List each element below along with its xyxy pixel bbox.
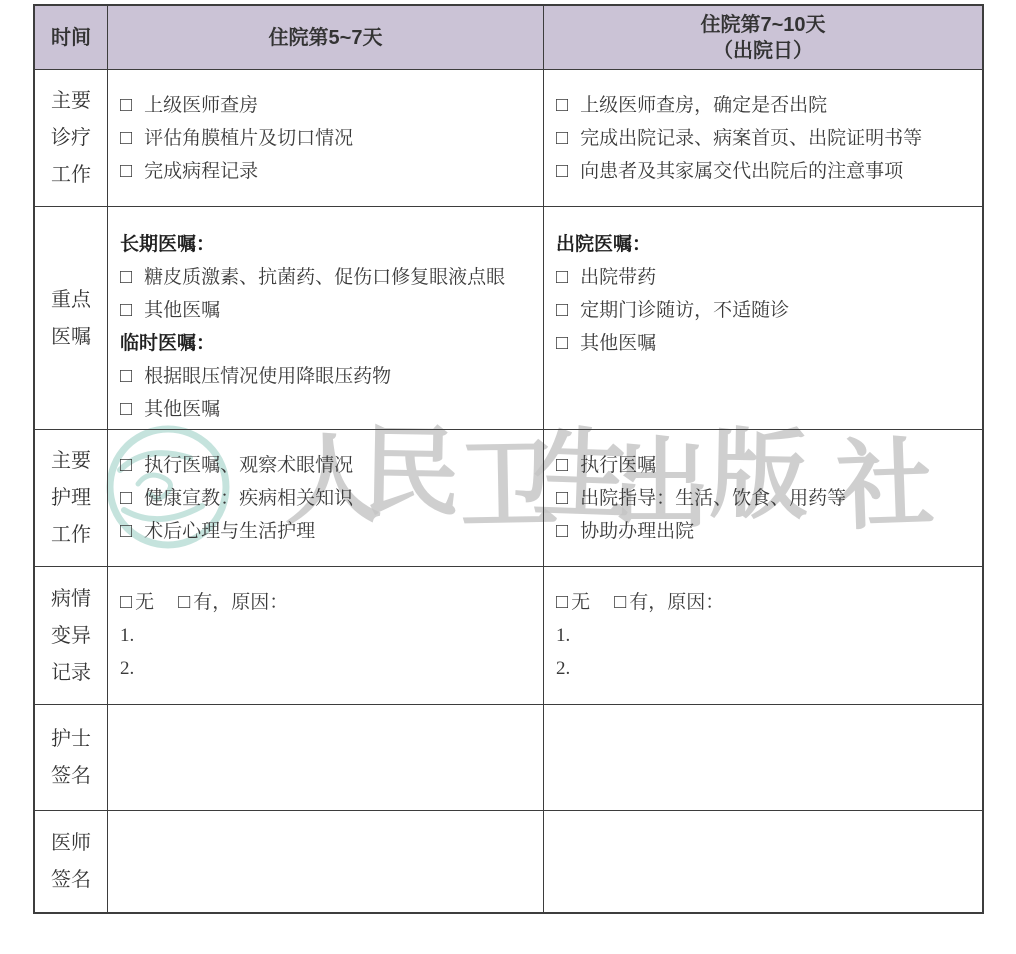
label-line: 记录 <box>51 662 91 684</box>
checklist-item: □ 向患者及其家属交代出院后的注意事项 <box>556 155 974 188</box>
variation-no-label: 无 <box>135 586 154 619</box>
checkbox-icon: □ <box>556 89 568 122</box>
checklist-text: 向患者及其家属交代出院后的注意事项 <box>580 155 903 188</box>
label-line: 护士 <box>51 728 91 750</box>
checklist-item: □ 出院带药 <box>556 261 974 294</box>
checkbox-icon: □ <box>556 327 568 360</box>
long-term-orders-heading: 长期医嘱： <box>120 228 535 261</box>
checklist-item: □ 出院指导：生活、饮食、用药等 <box>556 482 974 515</box>
checkbox-icon: □ <box>556 482 568 515</box>
checklist-item: □ 执行医嘱、观察术眼情况 <box>120 449 535 482</box>
label-line: 主要 <box>51 90 91 112</box>
checklist-item: □ 其他医嘱 <box>120 294 535 327</box>
checkbox-icon: □ <box>614 586 626 619</box>
checkbox-icon: □ <box>120 449 132 482</box>
cell-doctor-signature-day5-7 <box>108 811 544 912</box>
checkbox-icon: □ <box>120 393 132 426</box>
clinical-pathway-table: 时间 住院第5~7天 住院第7~10天 （出院日） 主要 诊疗 工作 □ 上级医… <box>33 4 984 914</box>
checklist-text: 出院指导：生活、饮食、用药等 <box>580 482 846 515</box>
checklist-item: □ 评估角膜植片及切口情况 <box>120 122 535 155</box>
row-label-nursing: 主要 护理 工作 <box>35 430 108 567</box>
variation-yes-label: 有，原因： <box>629 586 724 619</box>
discharge-orders-heading: 出院医嘱： <box>556 228 974 261</box>
temporary-orders-heading: 临时医嘱： <box>120 327 535 360</box>
cell-doctor-signature-day7-10 <box>544 811 982 912</box>
header-day7-10-label: 住院第7~10天 <box>700 12 825 38</box>
checklist-text: 完成出院记录、病案首页、出院证明书等 <box>580 122 922 155</box>
cell-nurse-signature-day7-10 <box>544 705 982 811</box>
variation-yes-label: 有，原因： <box>193 586 288 619</box>
checklist-item: □ 定期门诊随访，不适随诊 <box>556 294 974 327</box>
checklist-item: □ 完成病程记录 <box>120 155 535 188</box>
label-line: 护理 <box>51 487 91 509</box>
checkbox-icon: □ <box>120 122 132 155</box>
checklist-text: 术后心理与生活护理 <box>144 515 315 548</box>
variation-no-label: 无 <box>571 586 590 619</box>
label-line: 诊疗 <box>51 127 91 149</box>
checkbox-icon: □ <box>120 155 132 188</box>
checklist-item: □ 上级医师查房 <box>120 89 535 122</box>
checkbox-icon: □ <box>556 515 568 548</box>
checklist-text: 其他医嘱 <box>144 294 220 327</box>
variation-reason-line-1: 1. <box>120 619 535 652</box>
cell-orders-day7-10: 出院医嘱： □ 出院带药 □ 定期门诊随访，不适随诊 □ 其他医嘱 <box>544 207 982 430</box>
label-line: 主要 <box>51 450 91 472</box>
cell-nurse-signature-day5-7 <box>108 705 544 811</box>
cell-diagnosis-day7-10: □ 上级医师查房，确定是否出院 □ 完成出院记录、病案首页、出院证明书等 □ 向… <box>544 70 982 207</box>
checklist-text: 执行医嘱、观察术眼情况 <box>144 449 353 482</box>
checklist-text: 协助办理出院 <box>580 515 694 548</box>
cell-nursing-day7-10: □ 执行医嘱 □ 出院指导：生活、饮食、用药等 □ 协助办理出院 <box>544 430 982 567</box>
cell-variation-day5-7: □ 无 □ 有，原因： 1. 2. <box>108 567 544 705</box>
cell-orders-day5-7: 长期医嘱： □ 糖皮质激素、抗菌药、促伤口修复眼液点眼 □ 其他医嘱 临时医嘱：… <box>108 207 544 430</box>
checklist-text: 其他医嘱 <box>580 327 656 360</box>
row-label-variation: 病情 变异 记录 <box>35 567 108 705</box>
checklist-text: 其他医嘱 <box>144 393 220 426</box>
header-time-label: 时间 <box>51 25 91 51</box>
checkbox-icon: □ <box>178 586 190 619</box>
checkbox-icon: □ <box>556 294 568 327</box>
checklist-text: 根据眼压情况使用降眼压药物 <box>144 360 391 393</box>
label-line: 工作 <box>51 524 91 546</box>
cell-nursing-day5-7: □ 执行医嘱、观察术眼情况 □ 健康宣教：疾病相关知识 □ 术后心理与生活护理 <box>108 430 544 567</box>
checkbox-icon: □ <box>556 155 568 188</box>
checklist-text: 上级医师查房，确定是否出院 <box>580 89 827 122</box>
header-discharge-day-label: （出院日） <box>713 38 813 64</box>
label-line: 医师 <box>51 832 91 854</box>
checklist-text: 定期门诊随访，不适随诊 <box>580 294 789 327</box>
checkbox-icon: □ <box>120 89 132 122</box>
checklist-item: □ 执行医嘱 <box>556 449 974 482</box>
label-line: 重点 <box>51 289 91 311</box>
checklist-item: □ 上级医师查房，确定是否出院 <box>556 89 974 122</box>
checklist-text: 糖皮质激素、抗菌药、促伤口修复眼液点眼 <box>144 261 505 294</box>
checkbox-icon: □ <box>120 515 132 548</box>
label-line: 医嘱 <box>51 326 91 348</box>
checklist-text: 完成病程记录 <box>144 155 258 188</box>
label-line: 工作 <box>51 164 91 186</box>
checklist-text: 健康宣教：疾病相关知识 <box>144 482 353 515</box>
checkbox-icon: □ <box>556 449 568 482</box>
variation-options-line: □ 无 □ 有，原因： <box>556 586 974 619</box>
checkbox-icon: □ <box>120 482 132 515</box>
checklist-item: □ 协助办理出院 <box>556 515 974 548</box>
label-line: 变异 <box>51 625 91 647</box>
checkbox-icon: □ <box>556 586 568 619</box>
checkbox-icon: □ <box>120 586 132 619</box>
checklist-text: 出院带药 <box>580 261 656 294</box>
header-day5-7-cell: 住院第5~7天 <box>108 6 544 70</box>
checklist-item: □ 完成出院记录、病案首页、出院证明书等 <box>556 122 974 155</box>
checklist-text: 上级医师查房 <box>144 89 258 122</box>
row-label-orders: 重点 医嘱 <box>35 207 108 430</box>
header-time-cell: 时间 <box>35 6 108 70</box>
header-day7-10-cell: 住院第7~10天 （出院日） <box>544 6 982 70</box>
checklist-item: □ 其他医嘱 <box>120 393 535 426</box>
cell-variation-day7-10: □ 无 □ 有，原因： 1. 2. <box>544 567 982 705</box>
variation-reason-line-2: 2. <box>556 652 974 685</box>
checkbox-icon: □ <box>120 294 132 327</box>
label-line: 病情 <box>51 588 91 610</box>
checklist-item: □ 糖皮质激素、抗菌药、促伤口修复眼液点眼 <box>120 261 535 294</box>
label-line: 签名 <box>51 869 91 891</box>
checklist-item: □ 健康宣教：疾病相关知识 <box>120 482 535 515</box>
variation-options-line: □ 无 □ 有，原因： <box>120 586 535 619</box>
header-day5-7-label: 住院第5~7天 <box>269 25 383 51</box>
cell-diagnosis-day5-7: □ 上级医师查房 □ 评估角膜植片及切口情况 □ 完成病程记录 <box>108 70 544 207</box>
checklist-item: □ 术后心理与生活护理 <box>120 515 535 548</box>
checklist-text: 评估角膜植片及切口情况 <box>144 122 353 155</box>
checklist-item: □ 根据眼压情况使用降眼压药物 <box>120 360 535 393</box>
label-line: 签名 <box>51 765 91 787</box>
checklist-text: 执行医嘱 <box>580 449 656 482</box>
variation-reason-line-1: 1. <box>556 619 974 652</box>
clinical-pathway-document-page: 人 民 卫 生 出 版 社 时间 住院第5~7天 住院第7~10天 （出院日） … <box>0 0 1016 954</box>
row-label-doctor-signature: 医师 签名 <box>35 811 108 912</box>
checkbox-icon: □ <box>120 261 132 294</box>
variation-reason-line-2: 2. <box>120 652 535 685</box>
checkbox-icon: □ <box>120 360 132 393</box>
row-label-nurse-signature: 护士 签名 <box>35 705 108 811</box>
checklist-item: □ 其他医嘱 <box>556 327 974 360</box>
row-label-diagnosis: 主要 诊疗 工作 <box>35 70 108 207</box>
checkbox-icon: □ <box>556 122 568 155</box>
checkbox-icon: □ <box>556 261 568 294</box>
